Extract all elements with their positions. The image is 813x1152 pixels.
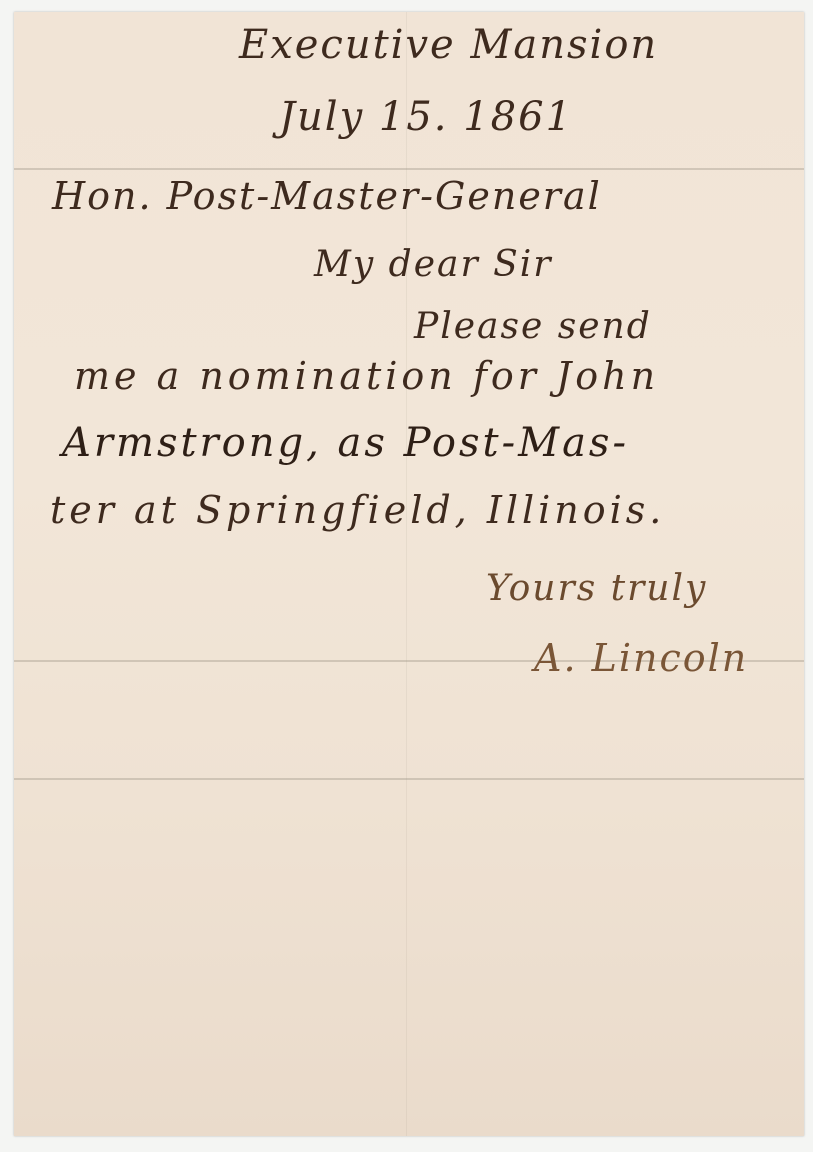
fold-crease-top [14,168,804,170]
letter-paper: Executive Mansion July 15. 1861 Hon. Pos… [14,12,804,1136]
letterhead-place: Executive Mansion [239,22,658,68]
body-line-2: me a nomination for John [74,354,659,398]
body-line-1: Please send [414,306,652,347]
letter-date: July 15. 1861 [279,94,573,140]
addressee: Hon. Post-Master-General [52,174,602,218]
body-line-4: ter at Springfield, Illinois. [50,488,665,532]
fold-crease-lower [14,778,804,780]
signature: A. Lincoln [534,636,748,680]
salutation: My dear Sir [314,244,553,285]
closing: Yours truly [486,568,707,609]
body-line-3: Armstrong, as Post-Mas- [62,420,629,466]
